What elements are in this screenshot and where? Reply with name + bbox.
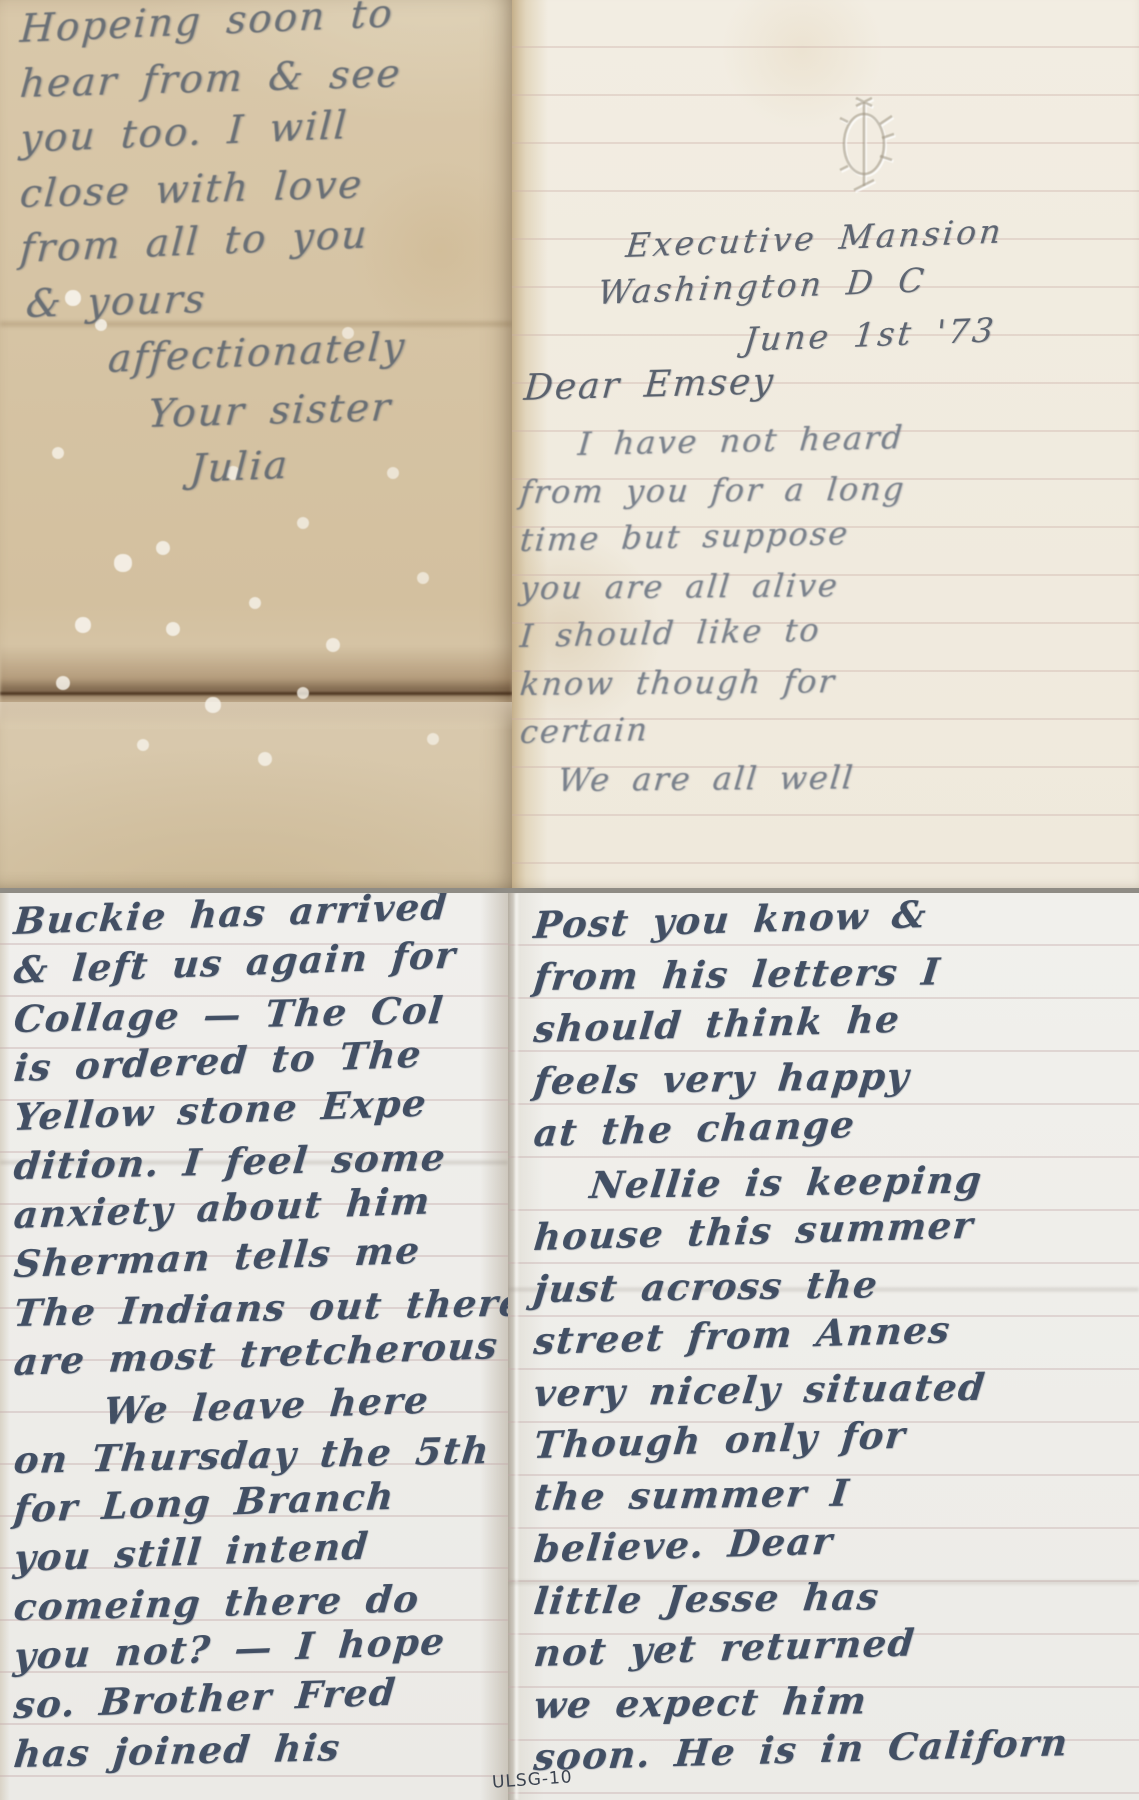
page-bottom-right: Post you know &from his letters Ishould … [508,893,1139,1800]
letter-body-block: Post you know &from his letters Ishould … [534,899,1139,1783]
handwriting-line: Post you know & [532,893,1139,951]
paper-damage-flecks [0,0,6,6]
letterhead-block: Executive MansionWashington D CJune 1st … [612,222,1132,363]
letter-body-block: Buckie has arrived& left us again forCol… [14,897,508,1779]
fold-highlight [0,702,512,730]
salutation: Dear Emsey [522,361,776,409]
letterhead-line: June 1st '73 [742,301,1135,363]
letter-body-block: I have not heardfrom you for a longtime … [520,420,1135,804]
embossed-monogram-icon [834,94,898,194]
handwriting-line: I have not heard [576,408,1137,468]
letter-scan: Hopeing soon tohear from & seeyou too. I… [0,0,1139,1800]
page-bottom-left: Buckie has arrived& left us again forCol… [0,893,508,1800]
closing-text-block: Hopeing soon tohear from & seeyou too. I… [20,2,512,497]
page-top-left: Hopeing soon tohear from & seeyou too. I… [0,0,512,888]
handwriting-line: has joined his [12,1719,508,1779]
fold-crease-line [0,692,512,695]
handwriting-line: We are all well [556,751,1138,804]
fold-highlight [515,893,518,1800]
page-top-right: Executive MansionWashington D CJune 1st … [512,0,1139,888]
